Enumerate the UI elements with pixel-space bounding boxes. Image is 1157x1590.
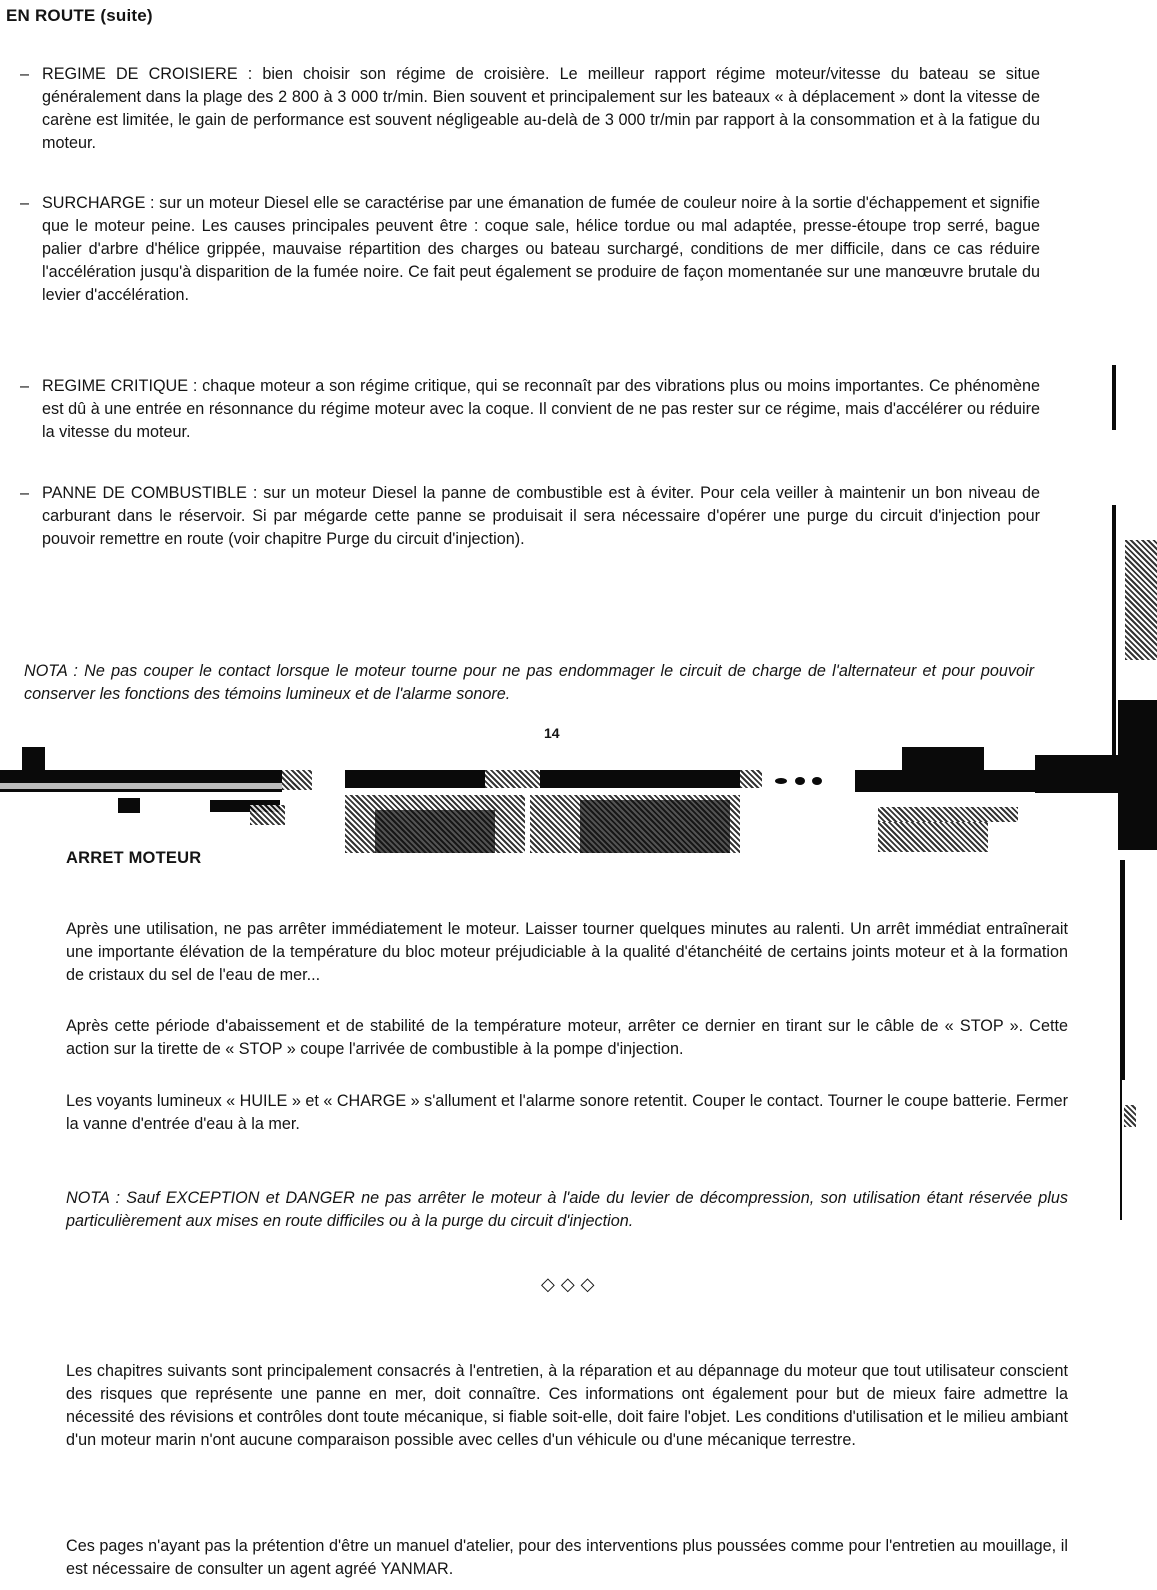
dash-bullet: –: [20, 63, 29, 86]
list-item-text: SURCHARGE : sur un moteur Diesel elle se…: [42, 194, 1040, 304]
section-heading-en-route: EN ROUTE (suite): [6, 6, 153, 26]
list-item-regime-croisiere: – REGIME DE CROISIERE : bien choisir son…: [20, 63, 1040, 155]
section-ornament: ◇◇◇: [541, 1274, 601, 1295]
list-item-panne-combustible: – PANNE DE COMBUSTIBLE : sur un moteur D…: [20, 482, 1040, 551]
paragraph-arret-1: Après une utilisation, ne pas arrêter im…: [66, 918, 1068, 987]
note-decompression: NOTA : Sauf EXCEPTION et DANGER ne pas a…: [66, 1187, 1068, 1233]
page-number: 14: [544, 725, 560, 741]
dash-bullet: –: [20, 482, 29, 505]
paragraph-arret-3: Les voyants lumineux « HUILE » et « CHAR…: [66, 1090, 1068, 1136]
paragraph-arret-2: Après cette période d'abaissement et de …: [66, 1015, 1068, 1061]
dash-bullet: –: [20, 375, 29, 398]
list-item-surcharge: – SURCHARGE : sur un moteur Diesel elle …: [20, 192, 1040, 307]
paragraph-closing-1: Les chapitres suivants sont principaleme…: [66, 1360, 1068, 1452]
list-item-text: REGIME DE CROISIERE : bien choisir son r…: [42, 65, 1040, 152]
paragraph-closing-2: Ces pages n'ayant pas la prétention d'êt…: [66, 1535, 1068, 1581]
list-item-text: REGIME CRITIQUE : chaque moteur a son ré…: [42, 377, 1040, 441]
list-item-regime-critique: – REGIME CRITIQUE : chaque moteur a son …: [20, 375, 1040, 444]
dash-bullet: –: [20, 192, 29, 215]
section-heading-arret-moteur: ARRET MOTEUR: [66, 849, 201, 868]
list-item-text: PANNE DE COMBUSTIBLE : sur un moteur Die…: [42, 484, 1040, 548]
note-contact: NOTA : Ne pas couper le contact lorsque …: [24, 660, 1034, 706]
